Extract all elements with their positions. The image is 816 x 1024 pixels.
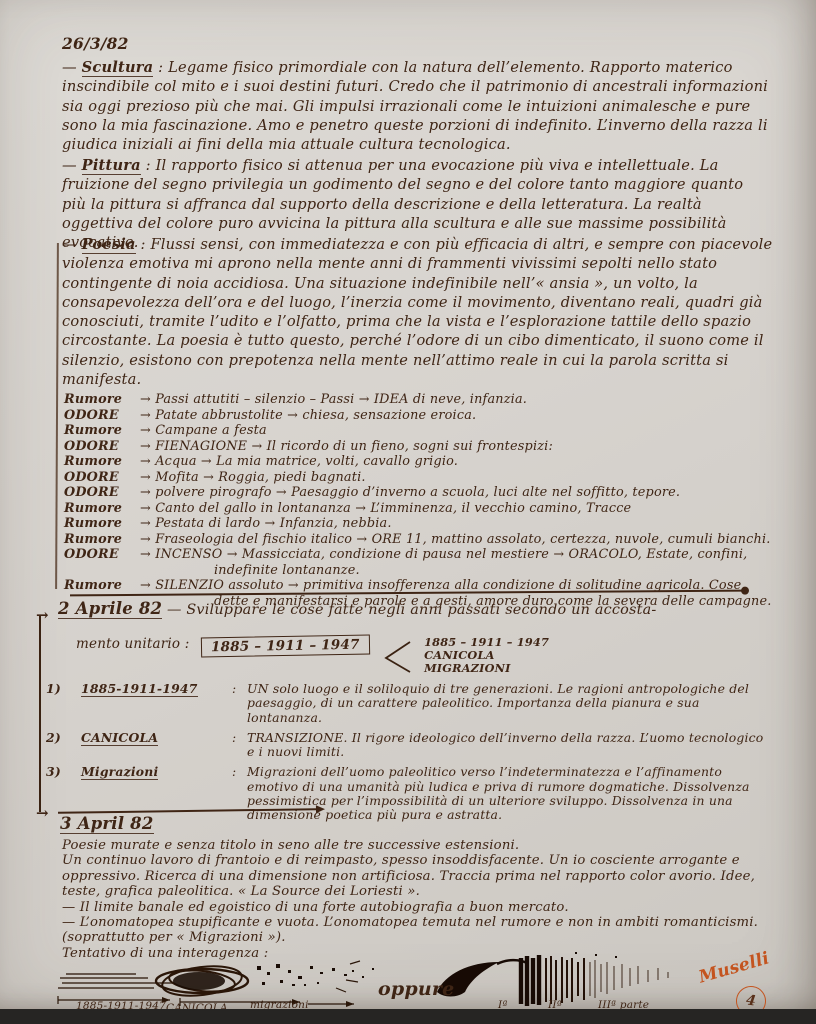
- dash-mark: —: [62, 236, 77, 253]
- colon-mark: :: [232, 765, 242, 822]
- row-key: Rumore: [64, 532, 140, 548]
- row-key: ODORE: [64, 485, 140, 501]
- row-key: Rumore: [64, 454, 140, 470]
- entry2-date: 2 Aprile 82: [58, 599, 162, 619]
- list-row: Rumore→ Campane a festa: [64, 423, 778, 439]
- row-key: ODORE: [64, 408, 140, 424]
- numbered-item: 2) CANICOLA : TRANSIZIONE. Il rigore ide…: [46, 731, 772, 760]
- row-value: → FIENAGIONE → Il ricordo di un fieno, s…: [140, 439, 553, 454]
- row-value: → INCENSO → Massicciata, condizione di p…: [140, 547, 747, 578]
- dash-mark: —: [62, 59, 77, 76]
- scultura-heading: Scultura: [82, 59, 154, 77]
- row-value: → Pestata di lardo → Infanzia, nebbia.: [140, 516, 392, 531]
- parts-sketch: [425, 952, 705, 1010]
- entry3-heading: 3 April 82: [60, 814, 154, 833]
- row-key: Rumore: [64, 392, 140, 408]
- list-row: ODORE→ polvere pirografo → Paesaggio d’i…: [64, 485, 778, 501]
- list-row: ODORE→ INCENSO → Massicciata, condizione…: [64, 547, 778, 578]
- row-value: → Fraseologia del fischio italico → ORE …: [140, 532, 771, 547]
- item-desc: Migrazioni dell’uomo paleolitico verso l…: [247, 765, 772, 822]
- scultura-body: Legame fisico primordiale con la natura …: [62, 59, 768, 153]
- margin-line: [55, 243, 59, 589]
- branch-label: MIGRAZIONI: [424, 662, 549, 675]
- row-key: ODORE: [64, 547, 140, 563]
- colon-mark: :: [232, 682, 242, 725]
- poesia-heading: Poesia: [82, 236, 136, 254]
- item-number: 1): [46, 682, 76, 725]
- item-term: 1885-1911-1947: [81, 682, 227, 725]
- section-poesia: — Poesia : Flussi sensi, con immediatezz…: [62, 235, 776, 389]
- numbered-item: 1) 1885-1911-1947 : UN solo luogo e il s…: [46, 682, 772, 725]
- colon-mark: :: [232, 731, 242, 760]
- list-row: Rumore→ Pestata di lardo → Infanzia, neb…: [64, 516, 778, 532]
- colon-mark: :: [141, 157, 156, 174]
- row-value: → Canto del gallo in lontananza → L’immi…: [140, 501, 631, 516]
- row-key: Rumore: [64, 423, 140, 439]
- row-key: Rumore: [64, 501, 140, 517]
- colon-mark: :: [153, 59, 168, 76]
- poesia-body: Flussi sensi, con immediatezza e con più…: [62, 236, 772, 388]
- manuscript-photo: 26/3/82 — Scultura : Legame fisico primo…: [0, 0, 816, 1024]
- photo-backdrop: [0, 1009, 816, 1024]
- dash-mark: —: [62, 157, 77, 174]
- item-desc: UN solo luogo e il soliloquio di tre gen…: [247, 682, 772, 725]
- pittura-heading: Pittura: [82, 157, 141, 175]
- list-row: Rumore→ Passi attutiti – silenzio – Pass…: [64, 392, 778, 408]
- item-term: CANICOLA: [81, 731, 227, 760]
- row-value: → Patate abbrustolite → chiesa, sensazio…: [140, 408, 476, 423]
- row-value: → Mofita → Roggia, piedi bagnati.: [140, 470, 366, 485]
- branch-labels: 1885 – 1911 – 1947 CANICOLA MIGRAZIONI: [424, 636, 549, 675]
- entry2-diagram: mento unitario : 1885 – 1911 – 1947 1885…: [76, 636, 549, 678]
- list-row: Rumore→ Acqua → La mia matrice, volti, c…: [64, 454, 778, 470]
- row-value: → Campane a festa: [140, 423, 267, 438]
- margin-bracket: [39, 616, 41, 812]
- boxed-dates: 1885 – 1911 – 1947: [201, 635, 370, 658]
- oppure-label: oppure: [378, 978, 454, 1000]
- section-scultura: — Scultura : Legame fisico primordiale c…: [62, 58, 770, 154]
- row-value: → polvere pirografo → Paesaggio d’invern…: [140, 485, 680, 500]
- colon-mark: :: [136, 236, 151, 253]
- entry3-body: Poesie murate e senza titolo in seno all…: [62, 838, 778, 961]
- list-row: ODORE→ FIENAGIONE → Il ricordo di un fie…: [64, 439, 778, 455]
- list-row: ODORE→ Mofita → Roggia, piedi bagnati.: [64, 470, 778, 486]
- item-number: 2): [46, 731, 76, 760]
- list-row: Rumore→ Canto del gallo in lontananza → …: [64, 501, 778, 517]
- row-key: Rumore: [64, 516, 140, 532]
- row-value: → Acqua → La mia matrice, volti, cavallo…: [140, 454, 458, 469]
- branch-chevron-icon: [382, 638, 412, 678]
- list-row: ODORE→ Patate abbrustolite → chiesa, sen…: [64, 408, 778, 424]
- entry2-intro: — Sviluppare le cose fatte negli anni pa…: [162, 602, 656, 618]
- row-key: ODORE: [64, 470, 140, 486]
- manuscript-page: 26/3/82 — Scultura : Legame fisico primo…: [0, 0, 816, 1010]
- entry2-intro-cont: mento unitario :: [76, 636, 189, 652]
- numbered-item: 3) Migrazioni : Migrazioni dell’uomo pal…: [46, 765, 772, 822]
- entry1-date: 26/3/82: [62, 34, 129, 53]
- sense-association-list: Rumore→ Passi attutiti – silenzio – Pass…: [64, 392, 778, 609]
- entry3-date: 3 April 82: [60, 814, 154, 834]
- entry2-heading: 2 Aprile 82 — Sviluppare le cose fatte n…: [58, 600, 770, 619]
- item-desc: TRANSIZIONE. Il rigore ideologico dell’i…: [247, 731, 772, 760]
- row-value: → Passi attutiti – silenzio – Passi → ID…: [140, 392, 527, 407]
- row-key: Rumore: [64, 578, 140, 594]
- entry2-items: 1) 1885-1911-1947 : UN solo luogo e il s…: [46, 682, 772, 829]
- row-key: ODORE: [64, 439, 140, 455]
- list-row: Rumore→ Fraseologia del fischio italico …: [64, 532, 778, 548]
- margin-arrow-icon: →: [36, 606, 49, 624]
